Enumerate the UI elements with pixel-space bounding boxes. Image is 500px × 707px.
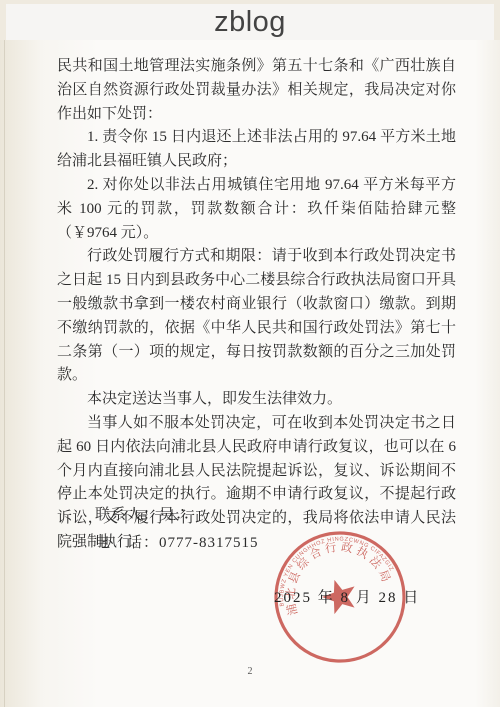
document-body-text: 民共和国土地管理法实施条例》第五十七条和《广西壮族自治区自然资源行政处罚裁量办法… — [57, 55, 456, 555]
contact-block: 联系人：吴∴ 电 话：0777-8317515 — [95, 503, 259, 559]
contact-name-line: 联系人：吴∴ — [95, 503, 259, 531]
page-number: 2 — [0, 666, 500, 677]
contact-phone-value: 0777-8317515 — [159, 535, 259, 551]
scanned-document-page: 民共和国土地管理法实施条例》第五十七条和《广西壮族自治区自然资源行政处罚裁量办法… — [0, 40, 500, 707]
paragraph-penalty-item-2: 2. 对你处以非法占用城镇住宅用地 97.64 平方米每平方米 100 元的罚款… — [57, 174, 456, 245]
paragraph-effectiveness: 本决定送达当事人，即发生法律效力。 — [57, 388, 456, 412]
paragraph-payment-terms: 行政处罚履行方式和期限：请于收到本行政处罚决定书之日起 15 日内到县政务中心二… — [57, 245, 456, 388]
contact-name-label: 联系人： — [95, 507, 159, 523]
paragraph-penalty-item-1: 1. 责令你 15 日内退还上述非法占用的 97.64 平方米土地给浦北县福旺镇… — [57, 126, 456, 174]
site-header: zblog — [6, 4, 494, 40]
decision-date: 2025 年 8 月 28 日 — [274, 586, 420, 607]
contact-phone-line: 电 话：0777-8317515 — [95, 531, 259, 559]
contact-phone-label: 电 话： — [95, 535, 159, 551]
site-title[interactable]: zblog — [214, 6, 286, 39]
paragraph-continuation: 民共和国土地管理法实施条例》第五十七条和《广西壮族自治区自然资源行政处罚裁量办法… — [57, 55, 456, 126]
contact-name-value: 吴∴ — [159, 507, 191, 523]
